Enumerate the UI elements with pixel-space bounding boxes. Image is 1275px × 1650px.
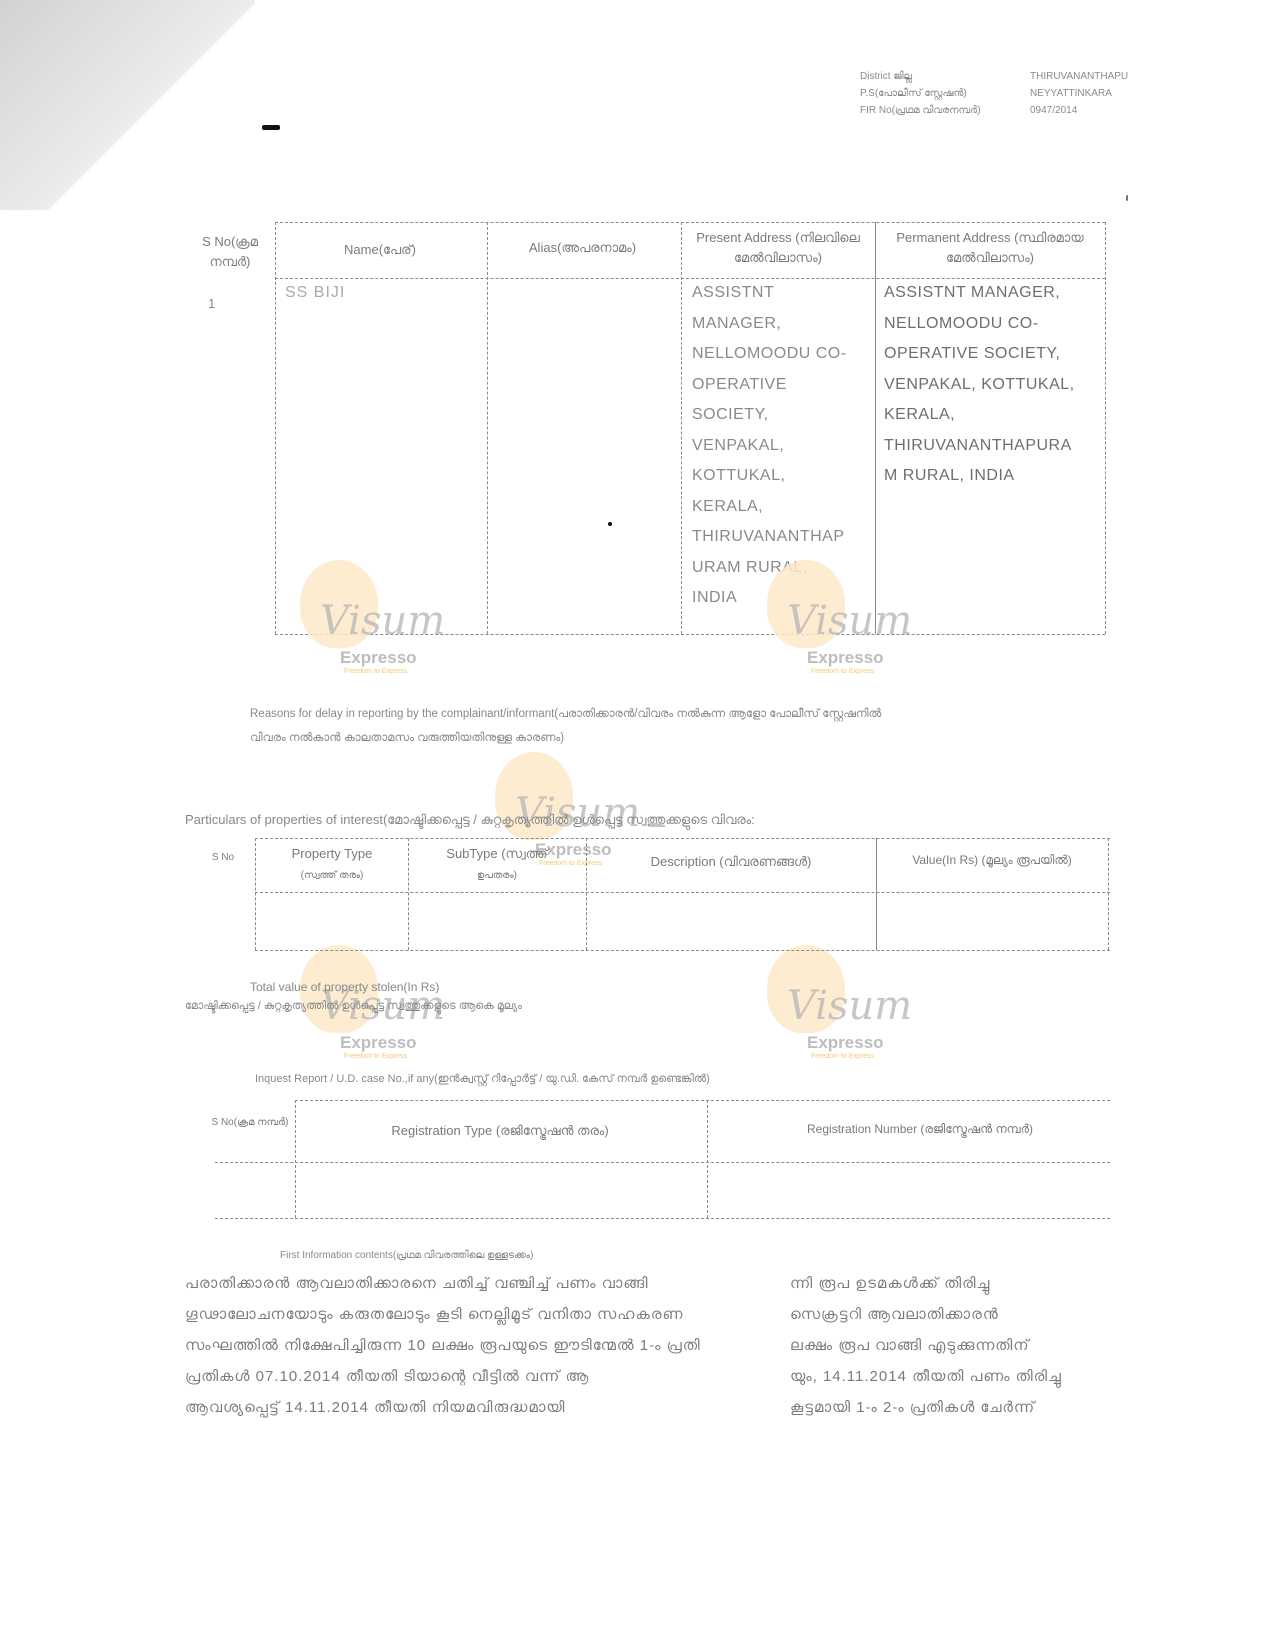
column-header-permanent-address: Permanent Address (സ്ഥിരമായ മേൽവിലാസം)	[880, 228, 1100, 268]
address-line: VENPAKAL,	[692, 431, 847, 462]
table-border	[275, 222, 276, 634]
table-border	[215, 1218, 1110, 1219]
watermark-logo: Visum Expresso Freedom to Express	[767, 560, 917, 690]
address-line: ASSISTNT MANAGER,	[884, 278, 1075, 309]
district-value: THIRUVANANTHAPU	[1030, 68, 1128, 85]
fir-header: District ജില്ലTHIRUVANANTHAPU P.S(പോലീസ്…	[860, 68, 1128, 119]
police-station-label: P.S(പോലീസ് സ്റ്റേഷൻ)	[860, 85, 1030, 102]
table-border	[707, 1100, 708, 1218]
contents-line: സെക്രട്ടറി ആവലാതിക്കാരൻ	[790, 1299, 1062, 1330]
table-border	[586, 838, 587, 950]
column-header-value: Value(In Rs) (മൂല്യം രൂപയിൽ)	[878, 850, 1106, 870]
scan-page-fold	[0, 0, 255, 210]
contents-left-column: പരാതിക്കാരൻ ആവലാതിക്കാരനെ ചതിച്ച് വഞ്ചിച…	[185, 1268, 701, 1423]
column-header-present-address: Present Address (നിലവിലെ മേൽവിലാസം)	[684, 228, 872, 268]
address-line: MANAGER,	[692, 309, 847, 340]
contents-line: യും, 14.11.2014 തീയതി പണം തിരിച്ചു	[790, 1361, 1062, 1392]
address-line: NELLOMOODU CO-	[884, 309, 1075, 340]
column-header-property-type: Property Type	[258, 844, 406, 864]
table-border	[408, 838, 409, 950]
address-line: VENPAKAL, KOTTUKAL,	[884, 370, 1075, 401]
column-header-description: Description (വിവരണങ്ങൾ)	[588, 852, 874, 872]
contents-line: സംഘത്തിൽ നിക്ഷേപിച്ചിരുന്ന 10 ലക്ഷം രൂപയ…	[185, 1330, 701, 1361]
address-line: OPERATIVE	[692, 370, 847, 401]
contents-line: ഗൂഢാലോചനയോടും കരുതലോടും കൂടി നെല്ലിമൂട് …	[185, 1299, 701, 1330]
column-header-registration-number: Registration Number (രജിസ്ട്രേഷൻ നമ്പർ)	[740, 1119, 1100, 1139]
scan-speck	[608, 522, 612, 526]
address-line: THIRUVANANTHAPURA	[884, 431, 1075, 462]
table-border	[255, 892, 1110, 893]
address-line: OPERATIVE SOCIETY,	[884, 339, 1075, 370]
district-label: District ജില്ല	[860, 68, 1030, 85]
police-station-value: NEYYATTINKARA	[1030, 85, 1112, 102]
table-border	[255, 838, 256, 950]
column-header-sno: S No	[198, 848, 248, 868]
column-header-name: Name(പേര്)	[280, 240, 480, 260]
table-border	[487, 222, 488, 634]
contents-line: ആവശ്യപ്പെട്ട് 14.11.2014 തീയതി നിയമവിരുദ…	[185, 1392, 701, 1423]
contents-line: പ്രതികൾ 07.10.2014 തീയതി ടിയാന്റെ വീട്ടി…	[185, 1361, 701, 1392]
column-header-sno: S No(ക്രമ നമ്പർ)	[210, 1113, 290, 1133]
contents-line: പരാതിക്കാരൻ ആവലാതിക്കാരനെ ചതിച്ച് വഞ്ചിച…	[185, 1268, 701, 1299]
contents-right-column: ന്നി രൂപ ഉടമകൾക്ക് തിരിച്ചുസെക്രട്ടറി ആവ…	[790, 1268, 1062, 1423]
column-header-subtype-ml: ഉപതരം)	[410, 866, 584, 886]
column-header-sno: S No(ക്രമ നമ്പർ)	[190, 232, 270, 272]
table-border	[1105, 222, 1106, 634]
table-border	[295, 1100, 296, 1218]
column-header-subtype: SubType (സ്വത്ത്	[410, 844, 584, 864]
accused-permanent-address: ASSISTNT MANAGER,NELLOMOODU CO-OPERATIVE…	[884, 278, 1075, 492]
column-header-alias: Alias(അപരനാമം)	[490, 238, 675, 258]
accused-name: SS BIJI	[285, 284, 345, 302]
address-line: KERALA,	[692, 492, 847, 523]
delay-reason-label-ml: വിവരം നൽകാൻ കാലതാമസം വരുത്തിയതിനുള്ള കാര…	[250, 732, 564, 745]
table-border	[295, 1100, 1110, 1101]
scan-speck	[1126, 195, 1128, 201]
contents-line: കൂട്ടമായി 1-ം 2-ം പ്രതികൾ ചേർന്ന്	[790, 1392, 1062, 1423]
properties-section-title: Particulars of properties of interest(മോ…	[185, 812, 755, 828]
watermark-logo: Visum Expresso Freedom to Express	[767, 945, 917, 1075]
total-value-label-ml: മോഷ്ടിക്കപ്പെട്ട / കുറ്റകൃത്യത്തിൽ ഉൾപ്പ…	[185, 1000, 522, 1013]
table-border	[215, 1162, 1110, 1163]
address-line: ASSISTNT	[692, 278, 847, 309]
address-line: NELLOMOODU CO-	[692, 339, 847, 370]
fir-number-label: FIR No(പ്രഥമ വിവരനമ്പർ)	[860, 102, 1030, 119]
contents-line: ന്നി രൂപ ഉടമകൾക്ക് തിരിച്ചു	[790, 1268, 1062, 1299]
fir-number-value: 0947/2014	[1030, 102, 1077, 119]
scan-speck	[262, 125, 280, 130]
address-line: M RURAL, INDIA	[884, 461, 1075, 492]
table-border	[681, 222, 682, 634]
column-header-property-type-ml: (സ്വത്ത് തരം)	[258, 866, 406, 886]
accused-sno: 1	[208, 296, 215, 311]
delay-reason-label: Reasons for delay in reporting by the co…	[250, 708, 881, 721]
watermark-logo: Visum Expresso Freedom to Express	[300, 560, 450, 690]
address-line: KERALA,	[884, 400, 1075, 431]
table-border	[255, 950, 1110, 951]
table-border	[255, 838, 1110, 839]
contents-section-title: First Information contents(പ്രഥമ വിവരത്ത…	[280, 1250, 533, 1261]
address-line: SOCIETY,	[692, 400, 847, 431]
table-border	[275, 222, 1105, 223]
column-header-registration-type: Registration Type (രജിസ്ട്രേഷൻ തരം)	[300, 1121, 700, 1141]
address-line: KOTTUKAL,	[692, 461, 847, 492]
total-value-label: Total value of property stolen(In Rs)	[250, 980, 439, 994]
table-border	[876, 838, 877, 950]
table-border	[1108, 838, 1109, 950]
address-line: THIRUVANANTHAP	[692, 522, 847, 553]
contents-line: ലക്ഷം രൂപ വാങ്ങി എടുക്കുന്നതിന്	[790, 1330, 1062, 1361]
inquest-label: Inquest Report / U.D. case No.,if any(ഇൻ…	[255, 1073, 710, 1086]
